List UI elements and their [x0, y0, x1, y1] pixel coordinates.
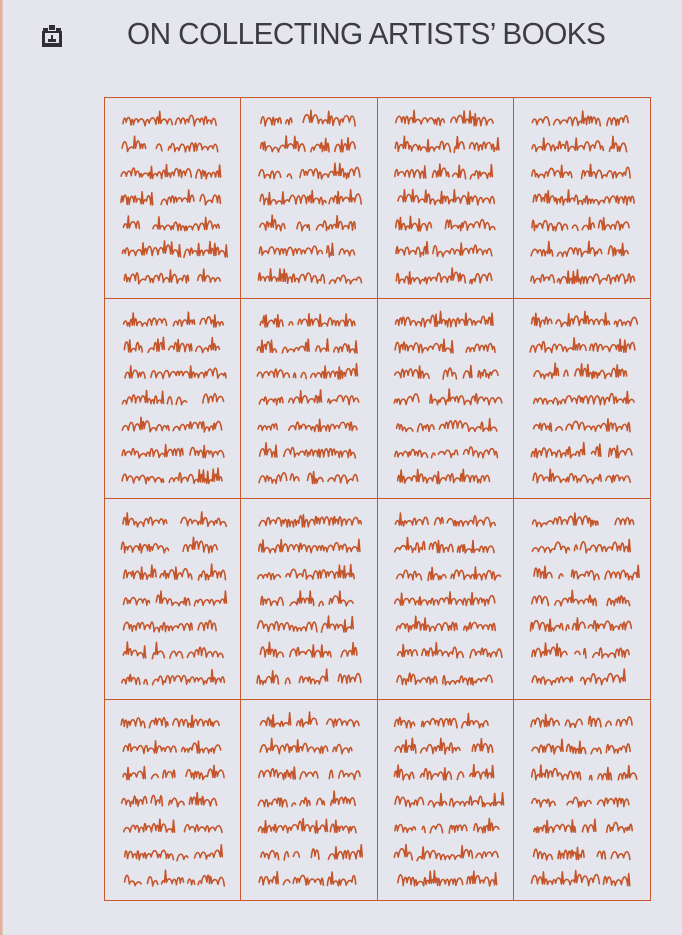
handwritten-line: [255, 416, 364, 438]
handwritten-line: [528, 163, 638, 185]
handwritten-line: [392, 268, 501, 290]
grid-cell-r2-c3: [378, 299, 514, 500]
grid-cell-r3-c4: [514, 499, 650, 700]
handwritten-line: [392, 163, 501, 185]
handwritten-line: [528, 590, 638, 612]
handwritten-line: [392, 764, 501, 786]
handwritten-line: [255, 817, 364, 839]
handwritten-line: [528, 817, 638, 839]
handwritten-line: [528, 844, 638, 866]
handwritten-line: [392, 738, 501, 760]
handwritten-line: [528, 363, 638, 385]
handwritten-line: [119, 189, 228, 211]
handwritten-line: [255, 616, 364, 638]
handwritten-line: [119, 215, 228, 237]
handwritten-line: [528, 764, 638, 786]
handwritten-line: [119, 870, 228, 892]
handwritten-line: [528, 870, 638, 892]
handwritten-line: [255, 189, 364, 211]
handwritten-line: [528, 337, 638, 359]
handwritten-line: [392, 241, 501, 263]
handwritten-line: [392, 669, 501, 691]
grid-cell-r3-c2: [241, 499, 377, 700]
handwritten-line: [255, 738, 364, 760]
grid-cell-r1-c2: [241, 98, 377, 299]
handwritten-line: [119, 616, 228, 638]
handwritten-line: [528, 389, 638, 411]
handwritten-line: [119, 241, 228, 263]
handwritten-line: [255, 468, 364, 490]
handwritten-line: [119, 537, 228, 559]
grid-cell-r1-c1: [105, 98, 241, 299]
handwritten-line: [119, 468, 228, 490]
handwritten-line: [255, 564, 364, 586]
grid-cell-r2-c1: [105, 299, 241, 500]
handwritten-line: [119, 844, 228, 866]
handwritten-line: [392, 189, 501, 211]
handwritten-line: [392, 642, 501, 664]
handwritten-line: [255, 870, 364, 892]
handwritten-line: [392, 215, 501, 237]
handwritten-line: [119, 738, 228, 760]
handwritten-line: [119, 416, 228, 438]
handwritten-line: [119, 268, 228, 290]
handwritten-line: [528, 189, 638, 211]
handwritten-line: [255, 268, 364, 290]
handwritten-line: [255, 136, 364, 158]
grid-cell-r4-c4: [514, 700, 650, 901]
handwritten-line: [255, 511, 364, 533]
handwritten-line: [392, 468, 501, 490]
handwritten-line: [255, 311, 364, 333]
handwritten-line: [392, 870, 501, 892]
handwritten-line: [255, 669, 364, 691]
handwritten-line: [119, 564, 228, 586]
grid-cell-r4-c1: [105, 700, 241, 901]
handwritten-line: [119, 511, 228, 533]
handwritten-line: [255, 537, 364, 559]
handwritten-line: [255, 215, 364, 237]
handwritten-line: [392, 389, 501, 411]
book-title: ON COLLECTING ARTISTS’ BOOKS: [127, 16, 605, 52]
handwritten-line: [255, 442, 364, 464]
handwritten-line: [392, 712, 501, 734]
handwritten-line: [255, 241, 364, 263]
handwritten-line: [528, 537, 638, 559]
handwritten-line: [392, 110, 501, 132]
handwritten-line: [528, 416, 638, 438]
handwritten-line: [119, 337, 228, 359]
handwritten-line: [392, 442, 501, 464]
handwritten-line: [255, 363, 364, 385]
handwritten-line: [392, 363, 501, 385]
handwritten-line: [392, 537, 501, 559]
handwritten-line: [119, 389, 228, 411]
grid-cell-r4-c2: [241, 700, 377, 901]
handwritten-line: [255, 110, 364, 132]
handwritten-line: [119, 363, 228, 385]
handwritten-line: [528, 136, 638, 158]
handwritten-line: [392, 511, 501, 533]
handwritten-line: [255, 590, 364, 612]
handwritten-line: [392, 844, 501, 866]
handwritten-line: [255, 712, 364, 734]
book-spine-edge: [0, 0, 3, 935]
grid-cell-r2-c4: [514, 299, 650, 500]
handwritten-line: [528, 738, 638, 760]
grid-cell-r3-c1: [105, 499, 241, 700]
handwritten-line: [119, 163, 228, 185]
grid-cell-r3-c3: [378, 499, 514, 700]
handwritten-line: [528, 468, 638, 490]
handwritten-line: [255, 844, 364, 866]
handwritten-line: [528, 110, 638, 132]
handwritten-line: [255, 163, 364, 185]
handwritten-line: [119, 136, 228, 158]
handwritten-line: [392, 136, 501, 158]
grid-cell-r4-c3: [378, 700, 514, 901]
handwritten-line: [528, 311, 638, 333]
handwriting-grid: [104, 97, 651, 901]
handwritten-line: [392, 817, 501, 839]
handwritten-line: [528, 616, 638, 638]
handwritten-line: [255, 337, 364, 359]
handwritten-line: [528, 669, 638, 691]
handwritten-line: [392, 416, 501, 438]
handwritten-line: [392, 616, 501, 638]
handwritten-line: [528, 642, 638, 664]
handwritten-line: [119, 442, 228, 464]
handwritten-line: [392, 791, 501, 813]
handwritten-line: [528, 442, 638, 464]
handwritten-line: [255, 764, 364, 786]
handwritten-line: [119, 791, 228, 813]
handwritten-line: [528, 712, 638, 734]
handwritten-line: [528, 215, 638, 237]
handwritten-line: [528, 268, 638, 290]
grid-cell-r1-c4: [514, 98, 650, 299]
handwritten-line: [119, 642, 228, 664]
handwritten-line: [528, 511, 638, 533]
handwritten-line: [119, 110, 228, 132]
handwritten-line: [119, 712, 228, 734]
handwritten-line: [119, 817, 228, 839]
handwritten-line: [392, 337, 501, 359]
handwritten-line: [119, 669, 228, 691]
handwritten-line: [528, 241, 638, 263]
grid-cell-r1-c3: [378, 98, 514, 299]
handwritten-line: [392, 564, 501, 586]
handwritten-line: [528, 564, 638, 586]
handwritten-line: [119, 311, 228, 333]
handwritten-line: [392, 590, 501, 612]
handwritten-line: [119, 590, 228, 612]
handwritten-line: [119, 764, 228, 786]
grid-cell-r2-c2: [241, 299, 377, 500]
handwritten-line: [528, 791, 638, 813]
publisher-logo-icon: [42, 25, 62, 47]
handwritten-line: [392, 311, 501, 333]
handwritten-line: [255, 791, 364, 813]
handwritten-line: [255, 642, 364, 664]
handwritten-line: [255, 389, 364, 411]
